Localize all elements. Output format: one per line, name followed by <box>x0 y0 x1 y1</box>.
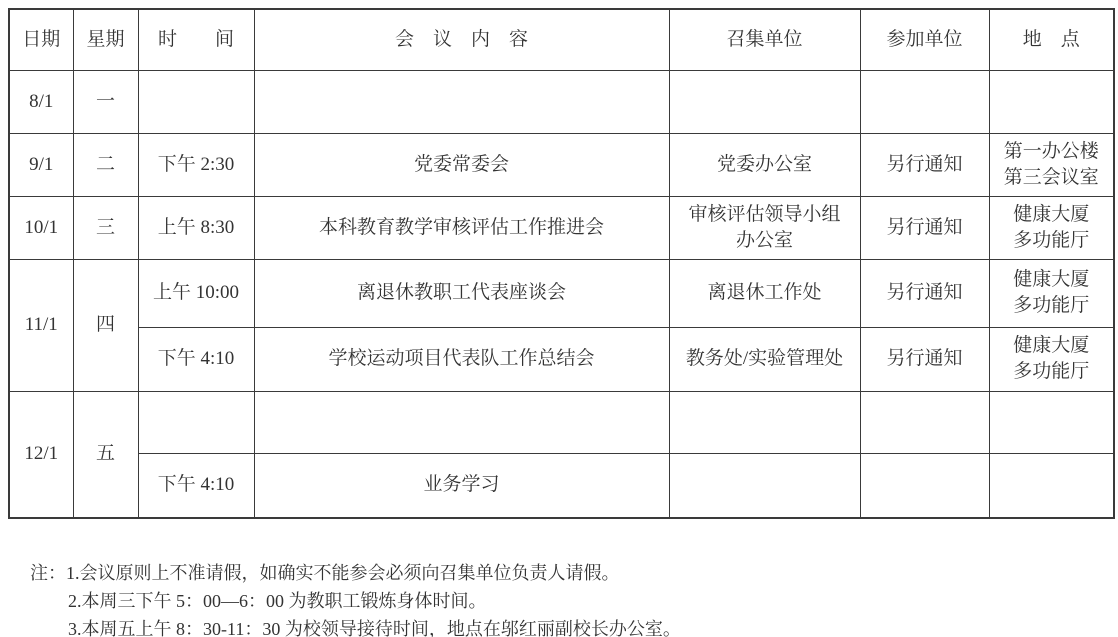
convener-cell: 党委办公室 <box>669 133 860 196</box>
weekday-cell: 四 <box>73 259 138 391</box>
note-line: 注：1.会议原则上不准请假，如确实不能参会必须向召集单位负责人请假。 <box>30 559 1118 587</box>
location-cell: 健康大厦 多功能厅 <box>989 327 1114 391</box>
convener-cell: 审核评估领导小组 办公室 <box>669 196 860 259</box>
header-weekday: 星期 <box>73 9 138 70</box>
content-cell <box>254 391 669 453</box>
content-cell: 业务学习 <box>254 453 669 518</box>
header-convener: 召集单位 <box>669 9 860 70</box>
time-cell <box>138 70 254 133</box>
location-cell: 第一办公楼 第三会议室 <box>989 133 1114 196</box>
participants-cell <box>860 453 989 518</box>
time-cell: 下午 4:10 <box>138 327 254 391</box>
header-location: 地 点 <box>989 9 1114 70</box>
weekday-cell: 五 <box>73 391 138 518</box>
schedule-table: 日期 星期 时 间 会 议 内 容 召集单位 参加单位 地 点 8/1 一 9/… <box>8 8 1115 519</box>
date-cell: 9/1 <box>9 133 73 196</box>
table-row: 下午 4:10 学校运动项目代表队工作总结会 教务处/实验管理处 另行通知 健康… <box>9 327 1114 391</box>
header-time: 时 间 <box>138 9 254 70</box>
time-cell <box>138 391 254 453</box>
location-cell: 健康大厦 多功能厅 <box>989 259 1114 327</box>
note-line: 2.本周三下午 5：00—6：00 为教职工锻炼身体时间。 <box>30 587 1118 615</box>
weekday-cell: 一 <box>73 70 138 133</box>
header-content: 会 议 内 容 <box>254 9 669 70</box>
note-prefix: 注： <box>30 563 66 583</box>
content-cell: 离退休教职工代表座谈会 <box>254 259 669 327</box>
location-cell <box>989 70 1114 133</box>
location-cell <box>989 391 1114 453</box>
header-row: 日期 星期 时 间 会 议 内 容 召集单位 参加单位 地 点 <box>9 9 1114 70</box>
note-line: 3.本周五上午 8：30-11：30 为校领导接待时间，地点在邬红丽副校长办公室… <box>30 615 1118 637</box>
convener-cell: 教务处/实验管理处 <box>669 327 860 391</box>
convener-cell: 离退休工作处 <box>669 259 860 327</box>
table-row: 8/1 一 <box>9 70 1114 133</box>
weekday-cell: 二 <box>73 133 138 196</box>
header-date: 日期 <box>9 9 73 70</box>
note-text: 1.会议原则上不准请假，如确实不能参会必须向召集单位负责人请假。 <box>66 563 620 583</box>
participants-cell: 另行通知 <box>860 133 989 196</box>
convener-cell <box>669 453 860 518</box>
weekday-cell: 三 <box>73 196 138 259</box>
location-cell: 健康大厦 多功能厅 <box>989 196 1114 259</box>
table-row: 下午 4:10 业务学习 <box>9 453 1114 518</box>
date-cell: 8/1 <box>9 70 73 133</box>
date-cell: 11/1 <box>9 259 73 391</box>
table-row: 11/1 四 上午 10:00 离退休教职工代表座谈会 离退休工作处 另行通知 … <box>9 259 1114 327</box>
content-cell: 本科教育教学审核评估工作推进会 <box>254 196 669 259</box>
convener-cell <box>669 70 860 133</box>
table-row: 9/1 二 下午 2:30 党委常委会 党委办公室 另行通知 第一办公楼 第三会… <box>9 133 1114 196</box>
table-row: 12/1 五 <box>9 391 1114 453</box>
table-row: 10/1 三 上午 8:30 本科教育教学审核评估工作推进会 审核评估领导小组 … <box>9 196 1114 259</box>
participants-cell: 另行通知 <box>860 327 989 391</box>
location-cell <box>989 453 1114 518</box>
time-cell: 上午 8:30 <box>138 196 254 259</box>
participants-cell <box>860 70 989 133</box>
time-cell: 下午 2:30 <box>138 133 254 196</box>
participants-cell: 另行通知 <box>860 259 989 327</box>
participants-cell: 另行通知 <box>860 196 989 259</box>
convener-cell <box>669 391 860 453</box>
date-cell: 10/1 <box>9 196 73 259</box>
time-cell: 上午 10:00 <box>138 259 254 327</box>
date-cell: 12/1 <box>9 391 73 518</box>
time-cell: 下午 4:10 <box>138 453 254 518</box>
content-cell: 学校运动项目代表队工作总结会 <box>254 327 669 391</box>
notes: 注：1.会议原则上不准请假，如确实不能参会必须向召集单位负责人请假。 2.本周三… <box>30 559 1118 637</box>
header-participants: 参加单位 <box>860 9 989 70</box>
content-cell: 党委常委会 <box>254 133 669 196</box>
participants-cell <box>860 391 989 453</box>
content-cell <box>254 70 669 133</box>
